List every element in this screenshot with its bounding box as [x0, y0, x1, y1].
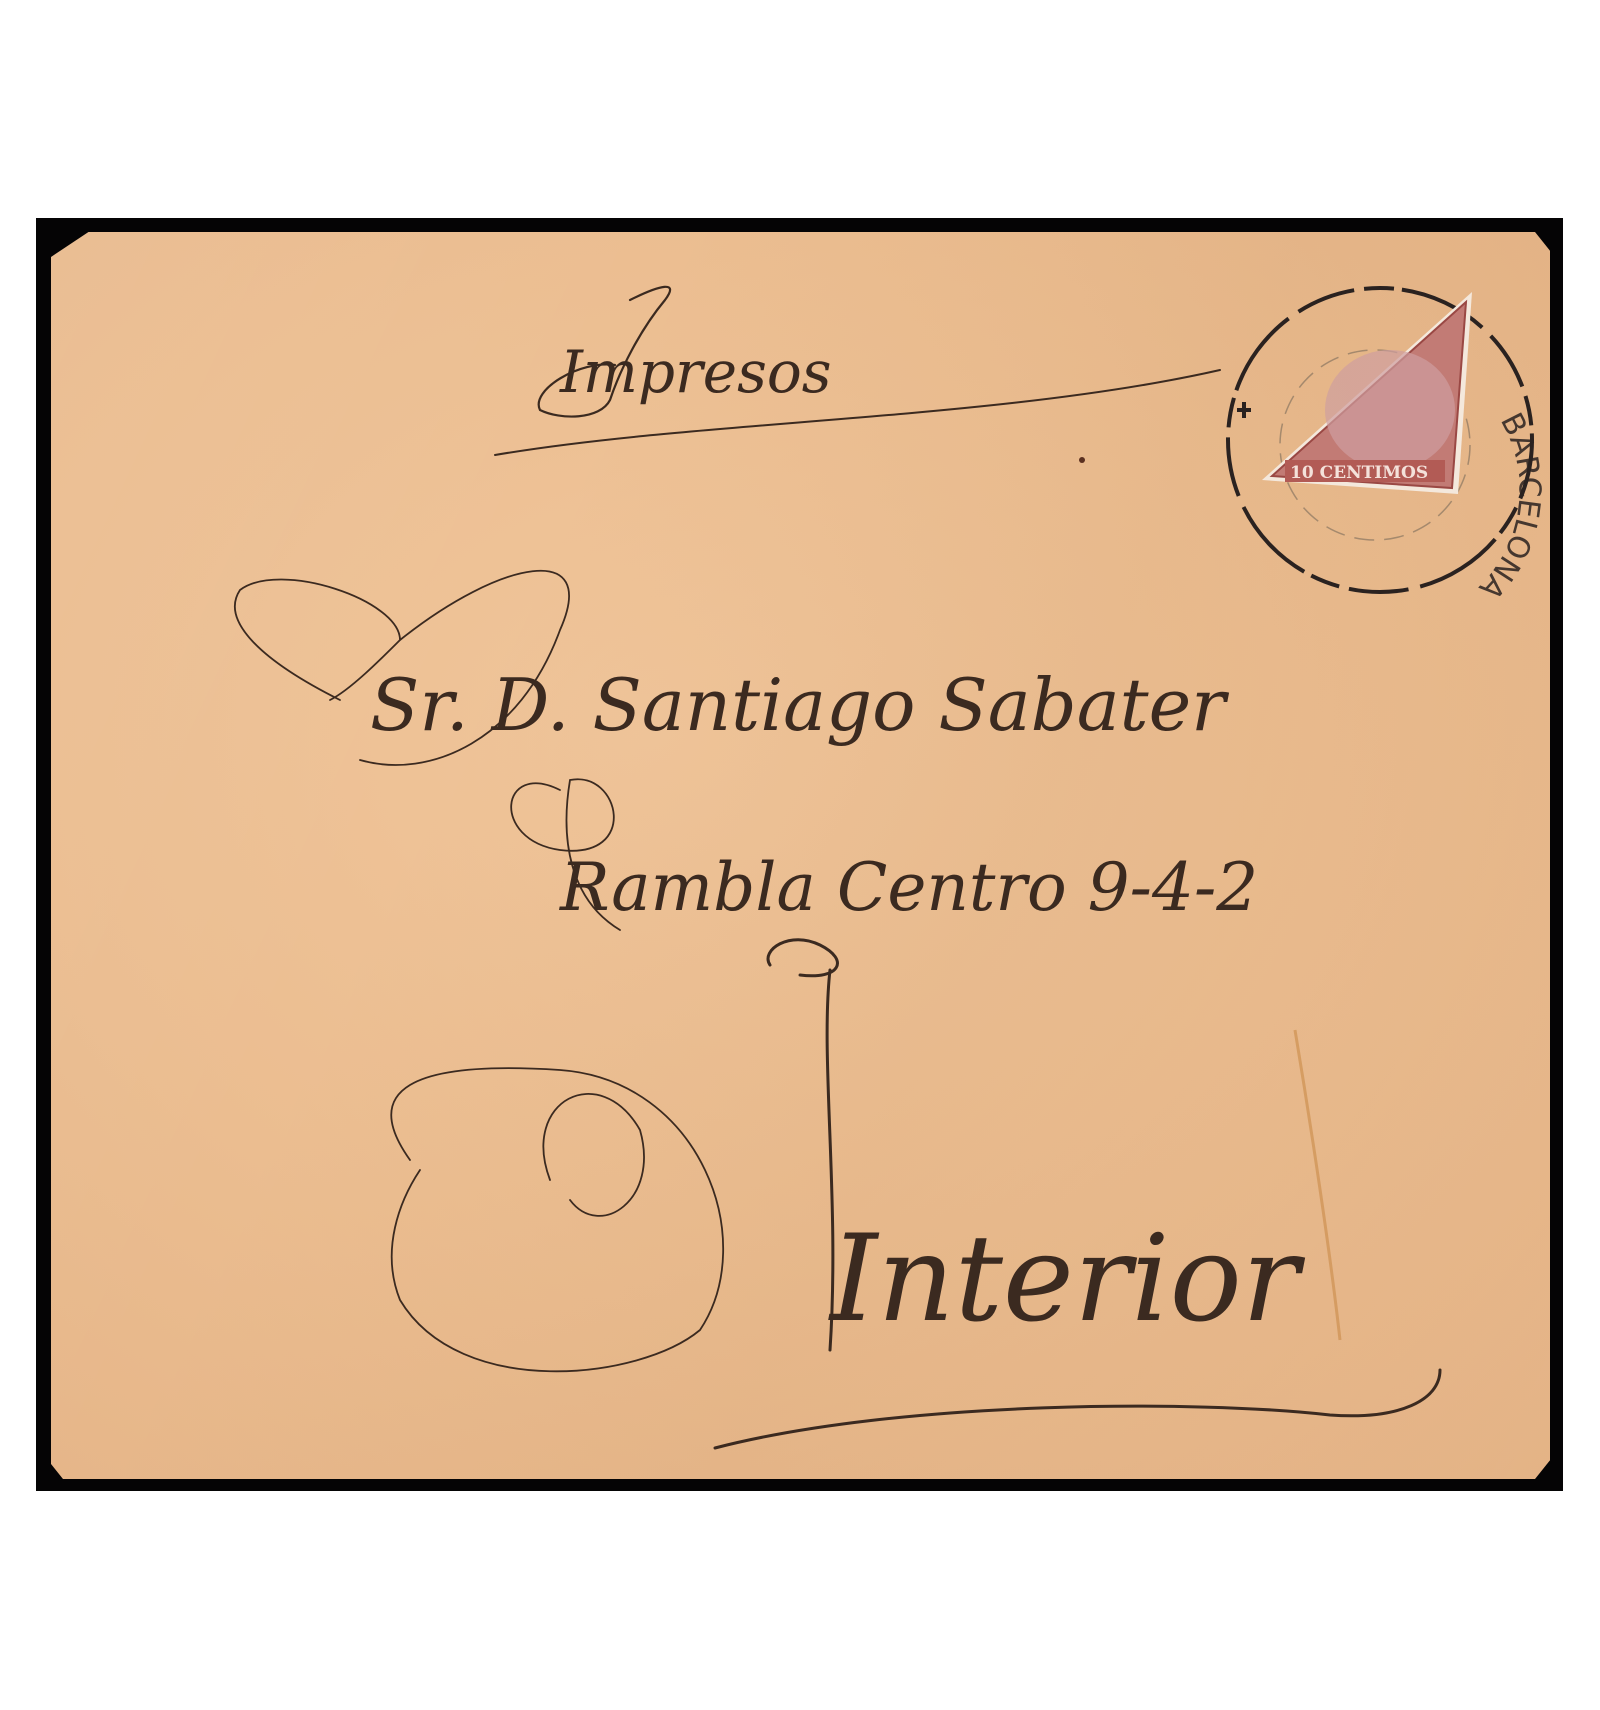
postmark-city: BARCELONA — [1472, 407, 1547, 606]
ink-spot — [1079, 457, 1085, 463]
handwriting-interior: Interior — [828, 1210, 1306, 1349]
handwriting-addressee: Sr. D. Santiago Sabater — [370, 663, 1229, 747]
handwriting-impresos: Impresos — [559, 338, 832, 406]
envelope-artwork: BARCELONA 10 CENTIMOS Impresos Sr. D. Sa… — [0, 0, 1600, 1710]
postmark-cross-icon — [1237, 402, 1251, 418]
bisected-stamp: 10 CENTIMOS — [1262, 292, 1472, 494]
handwriting-street: Rambla Centro 9-4-2 — [559, 849, 1258, 926]
stain-streak — [1295, 1030, 1340, 1340]
stamp-value: 10 CENTIMOS — [1290, 463, 1428, 483]
